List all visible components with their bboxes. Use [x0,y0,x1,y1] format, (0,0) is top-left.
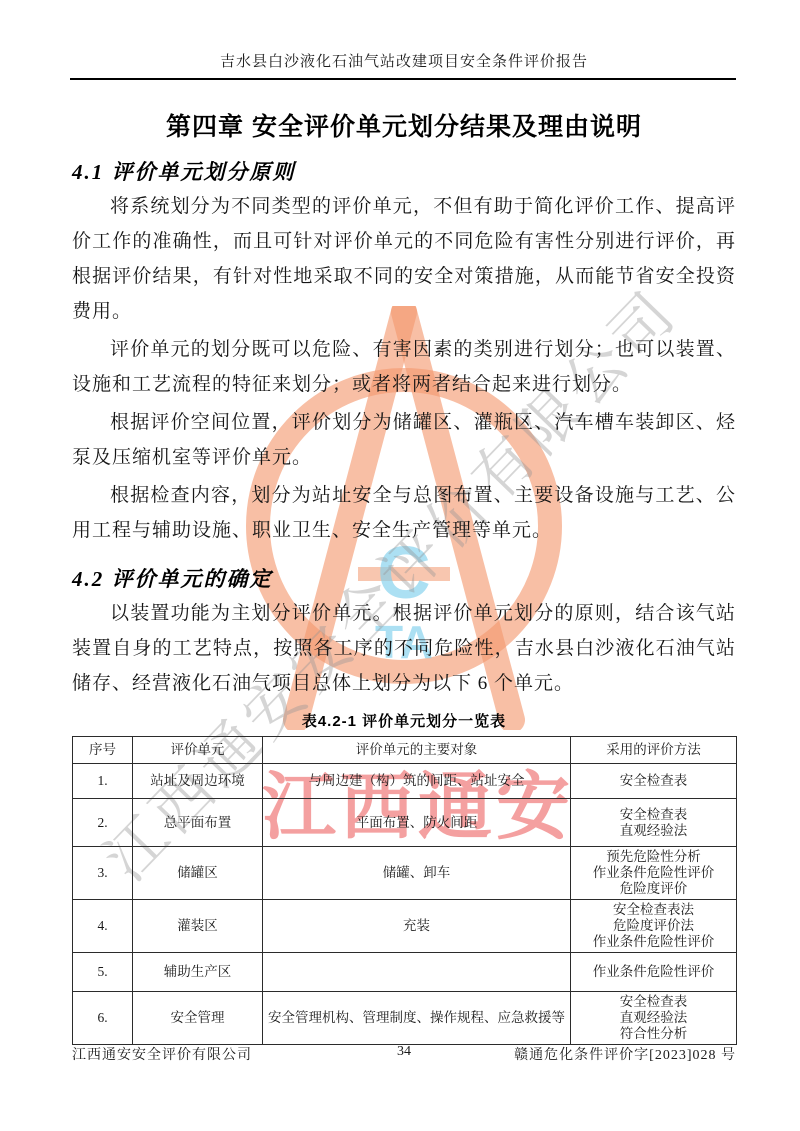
cell-object: 储罐、卸车 [263,847,571,900]
evaluation-unit-table: 序号 评价单元 评价单元的主要对象 采用的评价方法 1. 站址及周边环境 与周边… [72,736,737,1045]
page-content: 吉水县白沙液化石油气站改建项目安全条件评价报告 第四章 安全评价单元划分结果及理… [0,0,800,1045]
cell-serial: 4. [73,900,133,953]
cell-methods: 安全检查表 [571,764,737,799]
cell-unit: 总平面布置 [133,799,263,847]
cell-methods: 作业条件危险性评价 [571,953,737,992]
running-header-title: 吉水县白沙液化石油气站改建项目安全条件评价报告 [72,0,736,71]
cell-unit: 站址及周边环境 [133,764,263,799]
paragraph: 将系统划分为不同类型的评价单元，不但有助于简化评价工作、提高评价工作的准确性，而… [72,189,736,329]
cell-serial: 3. [73,847,133,900]
cell-methods: 安全检查表法 危险度评价法 作业条件危险性评价 [571,900,737,953]
cell-unit: 辅助生产区 [133,953,263,992]
document-page: C TA 江西通安安全评价有限公司 江西通安 吉水县白沙液化石油气站改建项目安全… [0,0,800,1131]
col-header-methods: 采用的评价方法 [571,737,737,764]
table-row: 2. 总平面布置 平面布置、防火间距 安全检查表 直观经验法 [73,799,737,847]
cell-methods: 预先危险性分析 作业条件危险性评价 危险度评价 [571,847,737,900]
cell-serial: 5. [73,953,133,992]
table-row: 6. 安全管理 安全管理机构、管理制度、操作规程、应急救援等 安全检查表 直观经… [73,992,737,1045]
col-header-serial: 序号 [73,737,133,764]
cell-serial: 6. [73,992,133,1045]
cell-serial: 1. [73,764,133,799]
paragraph: 评价单元的划分既可以危险、有害因素的类别进行划分；也可以装置、设施和工艺流程的特… [72,332,736,402]
chapter-title: 第四章 安全评价单元划分结果及理由说明 [72,107,736,143]
cell-object: 安全管理机构、管理制度、操作规程、应急救援等 [263,992,571,1045]
table-row: 3. 储罐区 储罐、卸车 预先危险性分析 作业条件危险性评价 危险度评价 [73,847,737,900]
cell-unit: 安全管理 [133,992,263,1045]
cell-object [263,953,571,992]
col-header-unit: 评价单元 [133,737,263,764]
cell-unit: 储罐区 [133,847,263,900]
table-header-row: 序号 评价单元 评价单元的主要对象 采用的评价方法 [73,737,737,764]
cell-methods: 安全检查表 直观经验法 [571,799,737,847]
cell-object: 充装 [263,900,571,953]
col-header-object: 评价单元的主要对象 [263,737,571,764]
paragraph: 根据检查内容，划分为站址安全与总图布置、主要设备设施与工艺、公用工程与辅助设施、… [72,478,736,548]
section-heading-4-1: 4.1 评价单元划分原则 [72,156,736,186]
table-caption: 表4.2-1 评价单元划分一览表 [72,710,736,731]
cell-methods: 安全检查表 直观经验法 符合性分析 [571,992,737,1045]
cell-unit: 灌装区 [133,900,263,953]
cell-object: 与周边建（构）筑的间距、站址安全 [263,764,571,799]
table-row: 4. 灌装区 充装 安全检查表法 危险度评价法 作业条件危险性评价 [73,900,737,953]
cell-serial: 2. [73,799,133,847]
table-row: 5. 辅助生产区 作业条件危险性评价 [73,953,737,992]
cell-object: 平面布置、防火间距 [263,799,571,847]
table-row: 1. 站址及周边环境 与周边建（构）筑的间距、站址安全 安全检查表 [73,764,737,799]
header-rule [70,78,736,80]
section-heading-4-2: 4.2 评价单元的确定 [72,563,736,593]
paragraph: 以装置功能为主划分评价单元。根据评价单元划分的原则，结合该气站装置自身的工艺特点… [72,596,736,701]
footer-doc-number: 赣通危化条件评价字[2023]028 号 [514,1044,736,1064]
paragraph: 根据评价空间位置，评价划分为储罐区、灌瓶区、汽车槽车装卸区、烃泵及压缩机室等评价… [72,405,736,475]
